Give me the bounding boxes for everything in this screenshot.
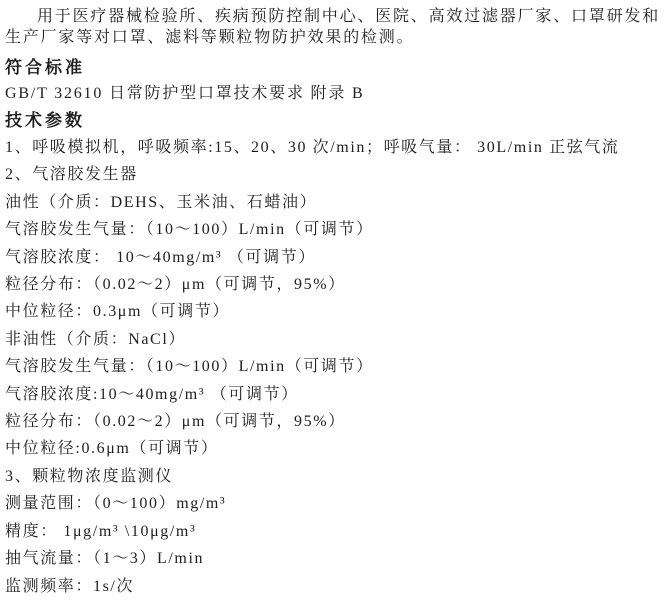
standard-reference-line: GB/T 32610 日常防护型口罩技术要求 附录 B [5, 80, 664, 108]
param-line-nonoily-concentration: 气溶胶浓度:10～40mg/m³ （可调节） [5, 381, 664, 408]
param-line-precision: 精度： 1μg/m³ \10μg/m³ [5, 518, 664, 545]
param-line-nonoily-media: 非油性（介质：NaCl） [5, 326, 664, 353]
param-line-breathing-simulator: 1、呼吸模拟机，呼吸频率:15、20、30 次/min；呼吸气量： 30L/mi… [5, 134, 664, 161]
section-heading-parameters: 技术参数 [5, 112, 664, 130]
param-line-oily-median-size: 中位粒径：0.3μm（可调节） [5, 298, 664, 325]
param-line-nonoily-median-size: 中位粒径:0.6μm（可调节） [5, 435, 664, 462]
param-line-nonoily-size-distribution: 粒径分布：（0.02～2）μm（可调节，95%） [5, 408, 664, 435]
param-line-oily-media: 油性（介质：DEHS、玉米油、石蜡油） [5, 189, 664, 216]
param-line-oily-size-distribution: 粒径分布：（0.02～2）μm（可调节，95%） [5, 271, 664, 298]
param-line-measure-range: 测量范围：（0～100）mg/m³ [5, 490, 664, 517]
param-line-suction-flow: 抽气流量：（1～3）L/min [5, 545, 664, 572]
section-heading-standards: 符合标准 [5, 59, 664, 77]
param-line-oily-concentration: 气溶胶浓度： 10～40mg/m³ （可调节） [5, 244, 664, 271]
param-line-monitor-frequency: 监测频率：1s/次 [5, 573, 664, 600]
param-line-oily-flow: 气溶胶发生气量：（10～100）L/min（可调节） [5, 216, 664, 243]
document-body: 用于医疗器械检验所、疾病预防控制中心、医院、高效过滤器厂家、口罩研发和生产厂家等… [0, 0, 666, 600]
param-line-nonoily-flow: 气溶胶发生气量：（10～100）L/min（可调节） [5, 353, 664, 380]
param-line-concentration-monitor: 3、颗粒物浓度监测仪 [5, 463, 664, 490]
intro-paragraph: 用于医疗器械检验所、疾病预防控制中心、医院、高效过滤器厂家、口罩研发和生产厂家等… [5, 6, 664, 48]
param-line-aerosol-generator: 2、气溶胶发生器 [5, 161, 664, 188]
